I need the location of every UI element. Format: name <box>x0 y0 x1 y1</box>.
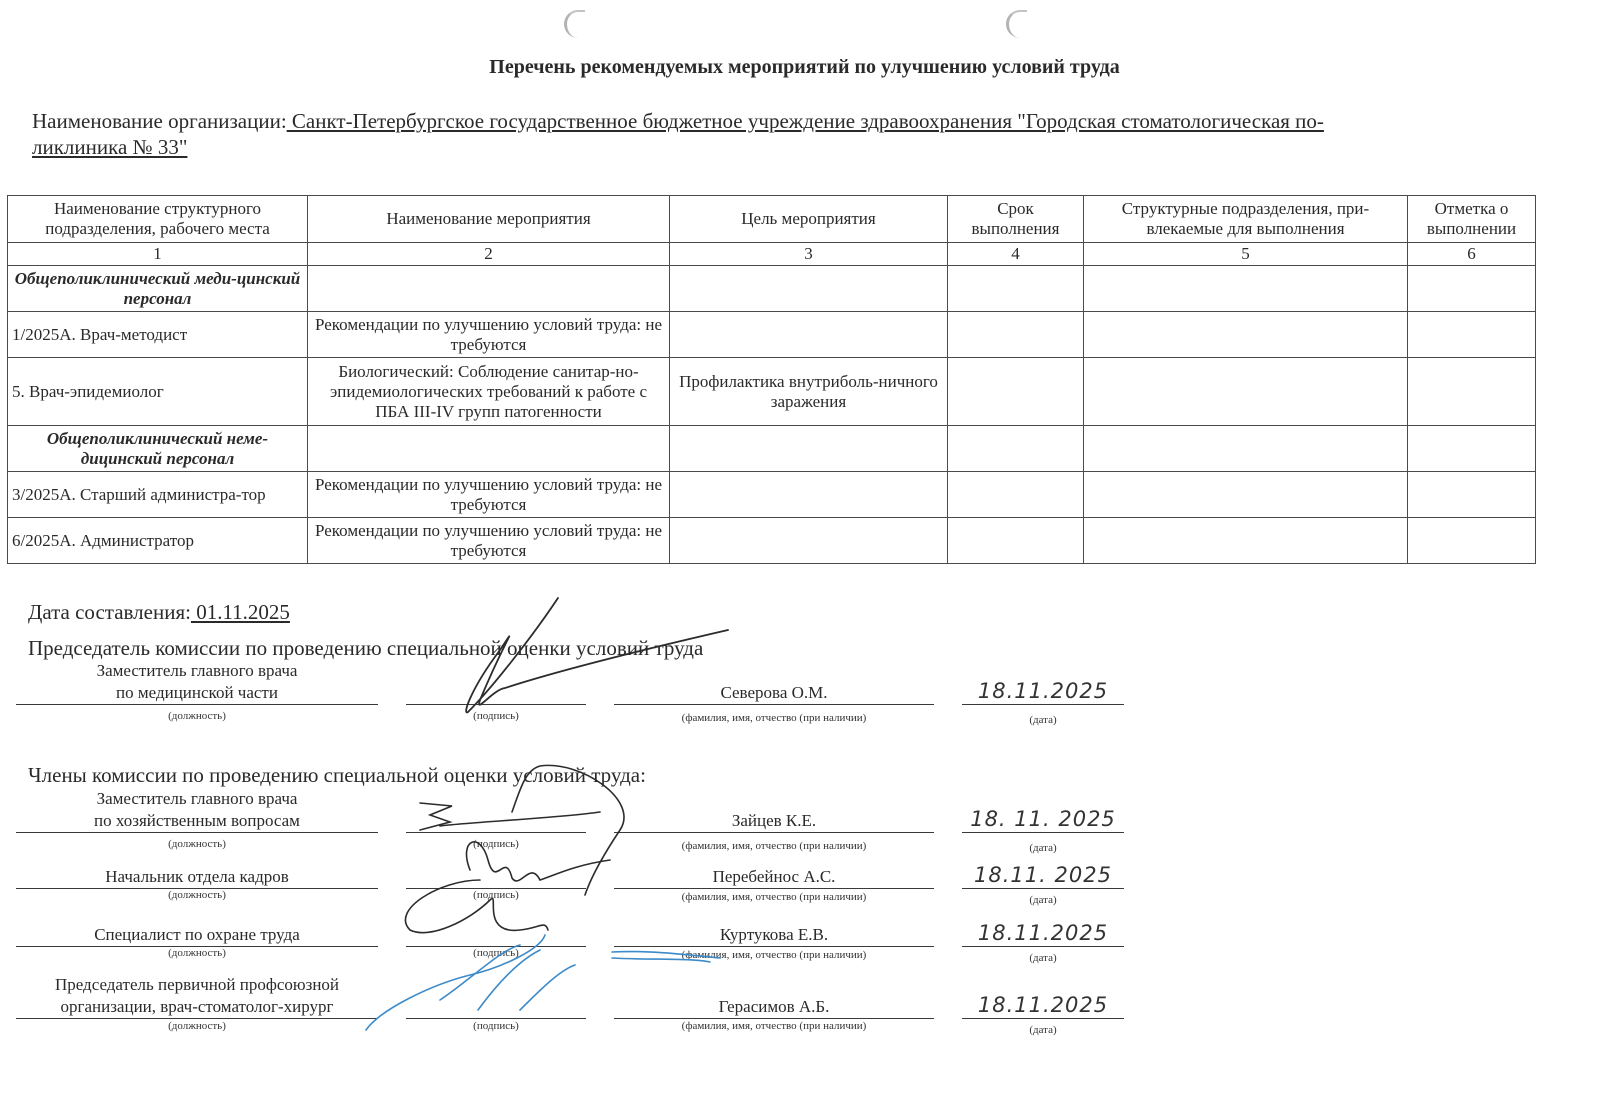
organization-name: Наименование организации: Санкт-Петербур… <box>32 108 1572 160</box>
signature-field <box>406 996 586 1019</box>
table-row: 5. Врач-эпидемиолог Биологический: Соблю… <box>8 358 1536 426</box>
table-cell <box>1084 266 1408 312</box>
signature-field <box>406 682 586 705</box>
document-title: Перечень рекомендуемых мероприятий по ул… <box>0 56 1609 79</box>
completion-cell <box>1408 518 1536 564</box>
punch-hole-mark <box>1006 10 1027 38</box>
fullname-field: Перебейнос А.С. <box>614 866 934 889</box>
completion-cell <box>1408 472 1536 518</box>
signature-caption: (подпись) <box>406 889 586 901</box>
completion-cell <box>1408 358 1536 426</box>
table-cell <box>1084 426 1408 472</box>
fullname-field: Северова О.М. <box>614 682 934 705</box>
position-line1: Заместитель главного врача <box>16 660 378 682</box>
column-number: 2 <box>308 243 670 266</box>
table-row: 6/2025А. Администратор Рекомендации по у… <box>8 518 1536 564</box>
position-field: организации, врач-стоматолог-хирург <box>16 996 378 1019</box>
header-cell: Цель мероприятия <box>670 196 948 243</box>
fullname-caption: (фамилия, имя, отчество (при наличии) <box>614 891 934 903</box>
header-cell: Отметка о выполнении <box>1408 196 1536 243</box>
date-field: 18.11.2025 <box>962 992 1124 1019</box>
position-field: по медицинской части <box>16 682 378 705</box>
compiled-date-value: 01.11.2025 <box>191 600 290 624</box>
date-caption: (дата) <box>962 894 1124 906</box>
fullname-field: Зайцев К.Е. <box>614 810 934 833</box>
date-field: 18. 11. 2025 <box>962 806 1124 833</box>
chairman-heading: Председатель комиссии по проведению спец… <box>28 636 703 661</box>
date-field: 18.11.2025 <box>962 920 1124 947</box>
position-field: по хозяйственным вопросам <box>16 810 378 833</box>
fullname-field: Герасимов А.Б. <box>614 996 934 1019</box>
column-number: 3 <box>670 243 948 266</box>
goal-cell <box>670 312 948 358</box>
column-number: 6 <box>1408 243 1536 266</box>
departments-cell <box>1084 472 1408 518</box>
table-row: 1/2025А. Врач-методист Рекомендации по у… <box>8 312 1536 358</box>
date-caption: (дата) <box>962 1024 1124 1036</box>
workplace-cell: 5. Врач-эпидемиолог <box>8 358 308 426</box>
date-caption: (дата) <box>962 952 1124 964</box>
compiled-date-label: Дата составления: <box>28 600 191 624</box>
column-number: 1 <box>8 243 308 266</box>
goal-cell <box>670 472 948 518</box>
punch-hole-mark <box>564 10 585 38</box>
position-caption: (должность) <box>16 710 378 722</box>
header-cell: Наименование мероприятия <box>308 196 670 243</box>
signature-caption: (подпись) <box>406 947 586 959</box>
signature-caption: (подпись) <box>406 838 586 850</box>
header-cell: Структурные подразделения, при-влекаемые… <box>1084 196 1408 243</box>
deadline-cell <box>948 472 1084 518</box>
table-cell <box>308 426 670 472</box>
table-row-section: Общеполиклинический меди-цинский персона… <box>8 266 1536 312</box>
deadline-cell <box>948 358 1084 426</box>
org-name-line1: Санкт-Петербургское государственное бюдж… <box>287 109 1324 133</box>
departments-cell <box>1084 312 1408 358</box>
goal-cell <box>670 518 948 564</box>
column-number-row: 1 2 3 4 5 6 <box>8 243 1536 266</box>
header-cell: Срок выполнения <box>948 196 1084 243</box>
date-field: 18.11.2025 <box>962 678 1124 705</box>
table-cell <box>948 426 1084 472</box>
table-cell <box>1408 426 1536 472</box>
signature-caption: (подпись) <box>406 1020 586 1032</box>
measure-cell: Рекомендации по улучшению условий труда:… <box>308 518 670 564</box>
section-title: Общеполиклинический меди-цинский персона… <box>8 266 308 312</box>
position-caption: (должность) <box>16 947 378 959</box>
section-title: Общеполиклинический неме-дицинский персо… <box>8 426 308 472</box>
signature-caption: (подпись) <box>406 710 586 722</box>
date-field: 18.11. 2025 <box>962 862 1124 889</box>
column-number: 5 <box>1084 243 1408 266</box>
signature-field <box>406 924 586 947</box>
position-line1: Заместитель главного врача <box>16 788 378 810</box>
table-row-section: Общеполиклинический неме-дицинский персо… <box>8 426 1536 472</box>
org-label: Наименование организации: <box>32 109 287 133</box>
goal-cell: Профилактика внутриболь-ничного заражени… <box>670 358 948 426</box>
table-row: 3/2025А. Старший администра-тор Рекоменд… <box>8 472 1536 518</box>
departments-cell <box>1084 518 1408 564</box>
column-number: 4 <box>948 243 1084 266</box>
deadline-cell <box>948 312 1084 358</box>
signature-field <box>406 810 586 833</box>
signature-field <box>406 866 586 889</box>
table-cell <box>308 266 670 312</box>
header-cell: Наименование структурного подразделения,… <box>8 196 308 243</box>
fullname-caption: (фамилия, имя, отчество (при наличии) <box>614 949 934 961</box>
completion-cell <box>1408 312 1536 358</box>
fullname-caption: (фамилия, имя, отчество (при наличии) <box>614 840 934 852</box>
table-cell <box>948 266 1084 312</box>
workplace-cell: 3/2025А. Старший администра-тор <box>8 472 308 518</box>
position-field: Специалист по охране труда <box>16 924 378 947</box>
fullname-caption: (фамилия, имя, отчество (при наличии) <box>614 712 934 724</box>
position-caption: (должность) <box>16 1020 378 1032</box>
position-caption: (должность) <box>16 889 378 901</box>
measure-cell: Рекомендации по улучшению условий труда:… <box>308 312 670 358</box>
departments-cell <box>1084 358 1408 426</box>
measure-cell: Рекомендации по улучшению условий труда:… <box>308 472 670 518</box>
measure-cell: Биологический: Соблюдение санитар-но-эпи… <box>308 358 670 426</box>
position-line1: Председатель первичной профсоюзной <box>16 974 378 996</box>
org-name-line2: ликлиника № 33" <box>32 135 187 159</box>
date-caption: (дата) <box>962 714 1124 726</box>
workplace-cell: 6/2025А. Администратор <box>8 518 308 564</box>
position-field: Начальник отдела кадров <box>16 866 378 889</box>
members-heading: Члены комиссии по проведению специальной… <box>28 763 646 788</box>
table-cell <box>1408 266 1536 312</box>
position-caption: (должность) <box>16 838 378 850</box>
deadline-cell <box>948 518 1084 564</box>
compiled-date: Дата составления: 01.11.2025 <box>28 600 290 625</box>
date-caption: (дата) <box>962 842 1124 854</box>
fullname-field: Куртукова Е.В. <box>614 924 934 947</box>
fullname-caption: (фамилия, имя, отчество (при наличии) <box>614 1020 934 1032</box>
table-header-row: Наименование структурного подразделения,… <box>8 196 1536 243</box>
table-cell <box>670 266 948 312</box>
table-cell <box>670 426 948 472</box>
measures-table: Наименование структурного подразделения,… <box>7 195 1536 564</box>
workplace-cell: 1/2025А. Врач-методист <box>8 312 308 358</box>
